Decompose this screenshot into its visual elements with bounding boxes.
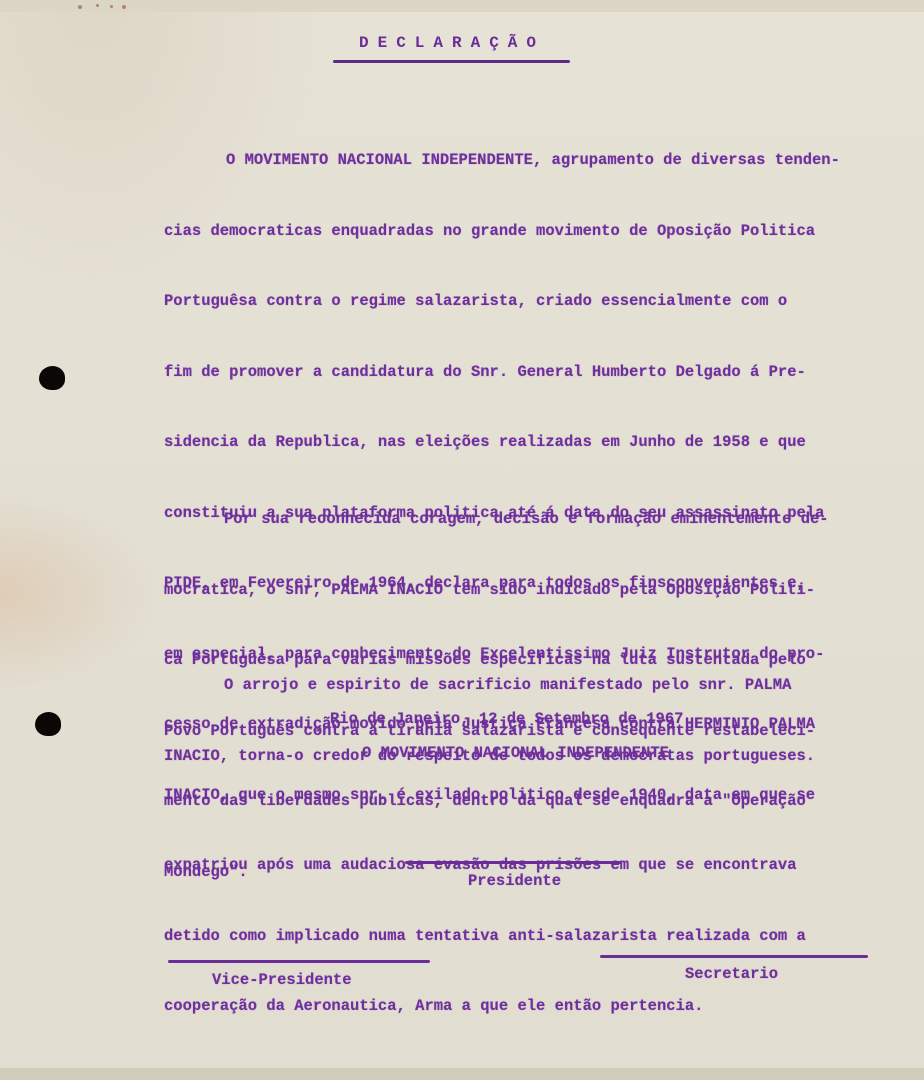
paragraph-line: sidencia da Republica, nas eleições real… xyxy=(164,431,916,455)
signature-line-vice-president xyxy=(168,960,430,963)
scan-bottom-edge xyxy=(0,1068,924,1080)
paragraph-line: cias democraticas enquadradas no grande … xyxy=(164,220,916,244)
scan-top-edge xyxy=(0,0,924,12)
signature-line-secretary xyxy=(600,955,868,958)
punch-hole-bottom xyxy=(35,712,61,736)
paragraph-line: Portuguêsa contra o regime salazarista, … xyxy=(164,290,916,314)
paragraph-line: O arrojo e espirito de sacrificio manife… xyxy=(164,674,916,698)
paragraph-line: cooperação da Aeronautica, Arma a que el… xyxy=(164,995,916,1019)
document-page: DECLARAÇÃO O MOVIMENTO NACIONAL INDEPEND… xyxy=(0,0,924,1080)
paragraph-line: mocratica, o snr, PALMA INACIO tem sido … xyxy=(164,579,916,603)
paragraph-line: O MOVIMENTO NACIONAL INDEPENDENTE, agrup… xyxy=(164,149,916,173)
paragraph-line: Por sua reconhecida coragem, decisão e f… xyxy=(164,508,916,532)
place-and-date: Rio de Janeiro, 12 de Setembro de 1967 xyxy=(330,710,683,728)
signatory-organization: O MOVIMENTO NACIONAL INDEPENDENTE xyxy=(362,744,669,762)
signature-label-vice-president: Vice-Presidente xyxy=(212,971,352,989)
rust-stain xyxy=(74,4,134,10)
punch-hole-top xyxy=(39,366,65,390)
document-title: DECLARAÇÃO xyxy=(334,34,570,52)
signature-line-president xyxy=(405,861,621,864)
title-underline xyxy=(333,60,570,63)
signature-label-president: Presidente xyxy=(468,872,561,890)
paragraph-line: fim de promover a candidatura do Snr. Ge… xyxy=(164,361,916,385)
signature-label-secretary: Secretario xyxy=(685,965,778,983)
